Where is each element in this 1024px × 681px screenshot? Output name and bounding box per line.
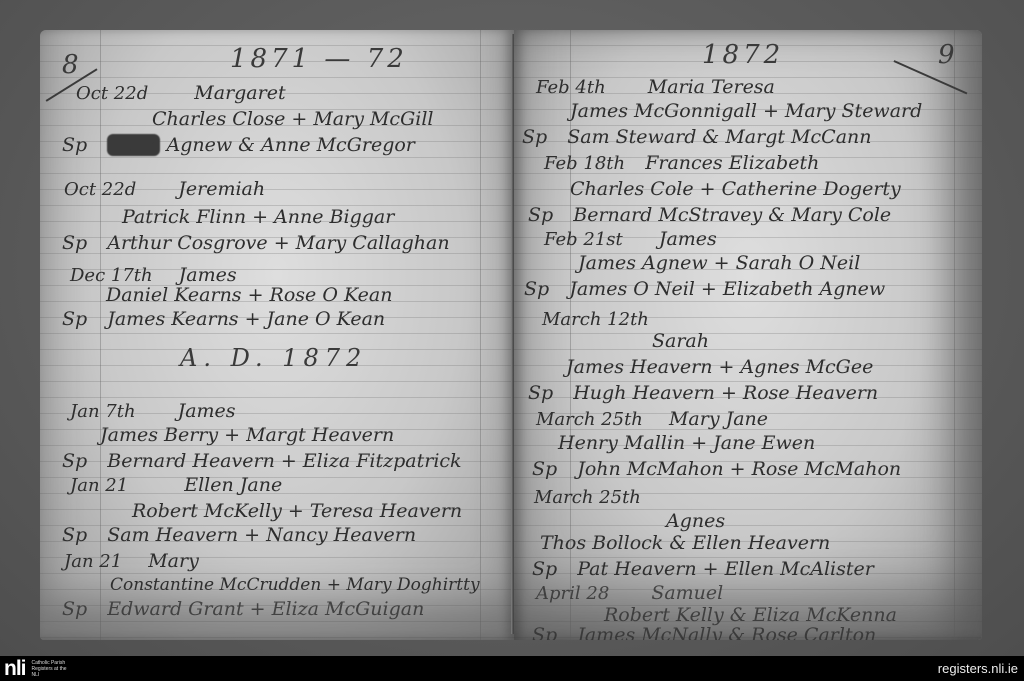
entry-date: April 28 [536, 583, 609, 604]
sponsor-mark: Sp [62, 598, 87, 620]
parents-names: Robert McKelly + Teresa Heavern [132, 500, 462, 522]
sponsors-names: Bernard Heavern + Eliza Fitzpatrick [107, 450, 461, 472]
register-book: 8 1871 — 72 Oct 22d Margaret Charles Clo… [34, 30, 996, 646]
sponsor-mark: Sp [522, 126, 547, 148]
parents-names: Thos Bollock & Ellen Heavern [540, 532, 830, 554]
sponsor-mark: Sp [532, 458, 557, 480]
sponsor-mark: Sp [62, 450, 87, 472]
sponsors-names: Pat Heavern + Ellen McAlister [577, 558, 874, 580]
sponsor-mark: Sp [528, 204, 553, 226]
sponsors-names: Bernard McStravey & Mary Cole [573, 204, 891, 226]
parents-names: James Agnew + Sarah O Neil [578, 252, 860, 274]
child-name: James [659, 228, 717, 250]
year-divider: A. D. 1872 [180, 344, 367, 372]
parents-names: James McGonnigall + Mary Steward [570, 100, 922, 122]
sponsor-mark: Sp [524, 278, 549, 300]
child-name: Jeremiah [178, 178, 265, 200]
entry-date: Jan 21 [64, 551, 122, 572]
document-viewer[interactable]: 8 1871 — 72 Oct 22d Margaret Charles Clo… [0, 0, 1024, 656]
margin-rule [954, 30, 955, 640]
sponsor-mark: Sp [62, 232, 87, 254]
child-name: Agnes [666, 510, 725, 532]
parents-names: Robert Kelly & Eliza McKenna [604, 604, 897, 626]
sponsor-mark: Sp [62, 134, 87, 156]
parents-names: Charles Close + Mary McGill [152, 108, 433, 130]
sponsor-mark: Sp [528, 382, 553, 404]
child-name: Frances Elizabeth [645, 152, 819, 174]
entry-date: Feb 18th [544, 153, 625, 174]
footer-tagline: Catholic Parish Registers at the NLI [32, 660, 72, 678]
sponsor-mark: Sp [532, 624, 557, 640]
sponsors-names: Agnew & Anne McGregor [167, 134, 415, 156]
parents-names: Henry Mallin + Jane Ewen [558, 432, 815, 454]
page-number: 8 [62, 50, 79, 80]
entry-date: Jan 21 [70, 475, 128, 496]
sponsors-names: Sam Heavern + Nancy Heavern [107, 524, 416, 546]
child-name: James [179, 264, 237, 286]
footer-bar: nli Catholic Parish Registers at the NLI… [0, 656, 1024, 681]
entry-date: Feb 4th [536, 77, 606, 98]
entry-date: Feb 21st [544, 229, 623, 250]
entry-date: Jan 7th [70, 401, 136, 422]
entry-date: Dec 17th [70, 265, 153, 286]
entry-date: Oct 22d [64, 179, 136, 200]
parents-names: James Berry + Margt Heavern [100, 424, 394, 446]
parents-names: Constantine McCrudden + Mary Doghirtty [110, 575, 480, 595]
child-name: Mary [148, 550, 199, 572]
year-heading: 1872 [702, 40, 784, 70]
child-name: Margaret [194, 82, 285, 104]
entry-date: March 12th [542, 309, 649, 330]
sponsors-names: Edward Grant + Eliza McGuigan [107, 598, 424, 620]
child-name: Mary Jane [669, 408, 768, 430]
sponsors-names: James Kearns + Jane O Kean [107, 308, 385, 330]
margin-rule [480, 30, 481, 640]
parents-names: Patrick Flinn + Anne Biggar [122, 206, 394, 228]
parents-names: Daniel Kearns + Rose O Kean [106, 284, 392, 306]
right-page: 1872 9 Feb 4th Maria Teresa James McGonn… [514, 30, 982, 640]
entry-date: Oct 22d [76, 83, 148, 104]
sponsor-mark: Sp [532, 558, 557, 580]
entry-date: March 25th [536, 409, 643, 430]
sponsors-names: Hugh Heavern + Rose Heavern [573, 382, 878, 404]
entry-date: March 25th [534, 487, 641, 508]
left-page: 8 1871 — 72 Oct 22d Margaret Charles Clo… [40, 30, 514, 640]
sponsors-names: James McNally & Rose Carlton [577, 624, 876, 640]
nli-logo: nli [4, 658, 26, 679]
parents-names: James Heavern + Agnes McGee [566, 356, 873, 378]
sponsors-names: James O Neil + Elizabeth Agnew [569, 278, 885, 300]
parents-names: Charles Cole + Catherine Dogerty [570, 178, 901, 200]
sponsor-mark: Sp [62, 308, 87, 330]
child-name: Samuel [651, 582, 723, 604]
child-name: Ellen Jane [184, 474, 282, 496]
sponsor-mark: Sp [62, 524, 87, 546]
margin-rule [100, 30, 101, 640]
sponsors-names: Arthur Cosgrove + Mary Callaghan [107, 232, 449, 254]
sponsors-names: Sam Steward & Margt McCann [567, 126, 871, 148]
sponsors-names: John McMahon + Rose McMahon [577, 458, 901, 480]
struck-out-word: Hugh [107, 134, 160, 156]
page-number: 9 [938, 40, 955, 70]
year-heading: 1871 — 72 [230, 44, 408, 74]
nli-branding: nli Catholic Parish Registers at the NLI [0, 658, 72, 679]
child-name: James [178, 400, 236, 422]
registers-site-link[interactable]: registers.nli.ie [938, 661, 1024, 676]
child-name: Sarah [652, 330, 709, 352]
child-name: Maria Teresa [648, 76, 775, 98]
page-number-slash [894, 60, 968, 94]
